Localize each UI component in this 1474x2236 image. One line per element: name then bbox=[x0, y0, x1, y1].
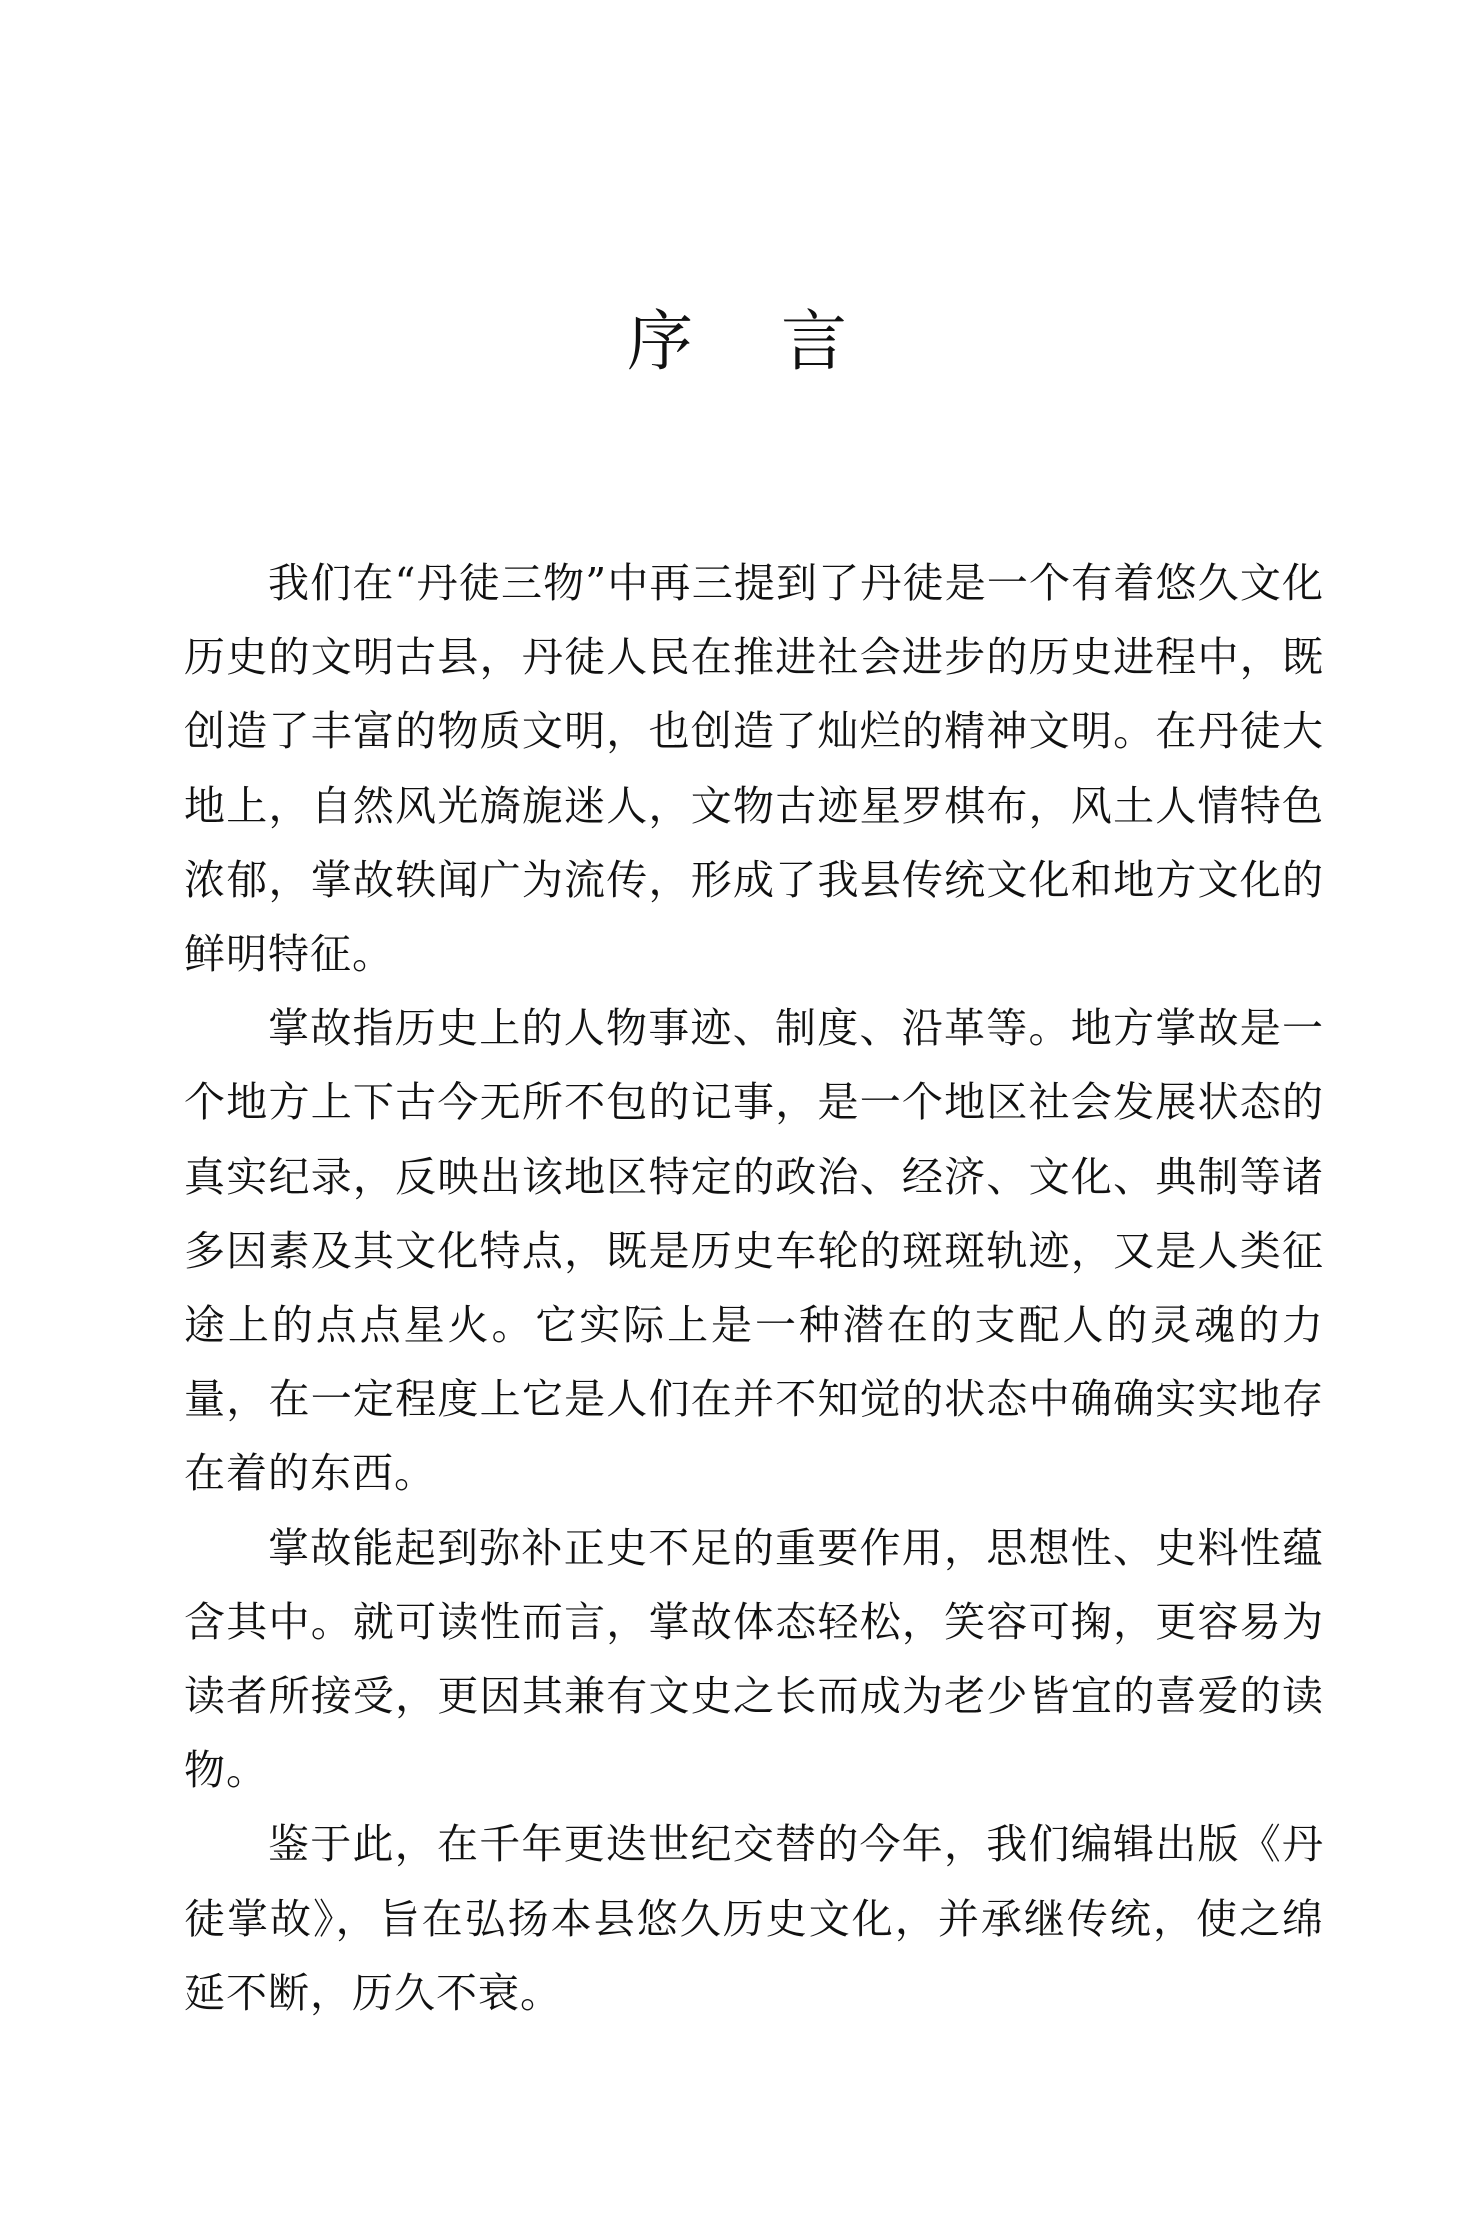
paragraph-2: 掌故指历史上的人物事迹、制度、沿革等。地方掌故是一个地方上下古今无所不包的记事，… bbox=[184, 991, 1324, 1510]
document-page: 序言 我们在“丹徒三物”中再三提到了丹徒是一个有着悠久文化历史的文明古县，丹徒人… bbox=[0, 0, 1474, 2236]
paragraph-4: 鉴于此，在千年更迭世纪交替的今年，我们编辑出版《丹徒掌故》，旨在弘扬本县悠久历史… bbox=[184, 1807, 1324, 2030]
title-char-2: 言 bbox=[781, 300, 847, 384]
page-title: 序言 bbox=[0, 300, 1474, 384]
preface-body: 我们在“丹徒三物”中再三提到了丹徒是一个有着悠久文化历史的文明古县，丹徒人民在推… bbox=[184, 546, 1324, 2030]
paragraph-3: 掌故能起到弥补正史不足的重要作用，思想性、史料性蕴含其中。就可读性而言，掌故体态… bbox=[184, 1511, 1324, 1808]
title-char-1: 序 bbox=[627, 300, 693, 384]
paragraph-1: 我们在“丹徒三物”中再三提到了丹徒是一个有着悠久文化历史的文明古县，丹徒人民在推… bbox=[184, 546, 1324, 991]
